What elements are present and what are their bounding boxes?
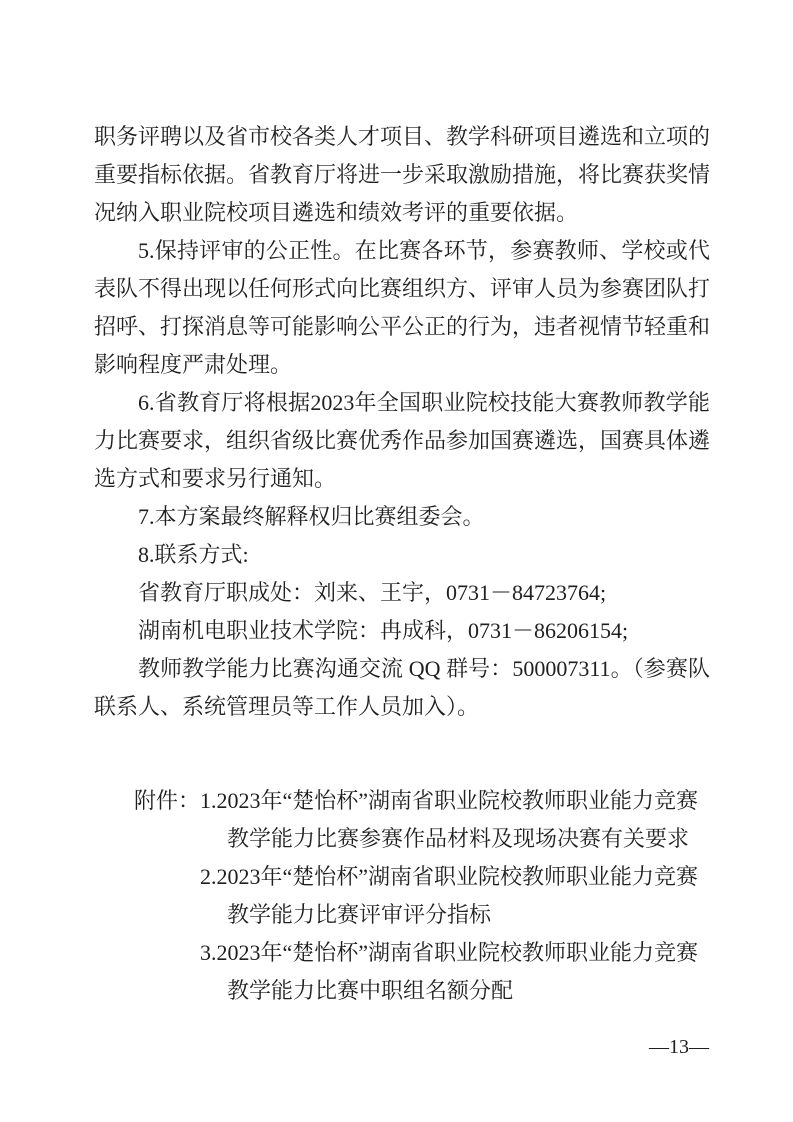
- attachment-items: 1.2023年“楚怡杯”湖南省职业院校教师职业能力竞赛 教学能力比赛参赛作品材料…: [200, 782, 710, 1010]
- attachment-item-3-line-2: 教学能力比赛中职组名额分配: [200, 972, 710, 1010]
- body-paragraph-continuation: 职务评聘以及省市校各类人才项目、教学科研项目遴选和立项的重要指标依据。省教育厅将…: [94, 118, 710, 232]
- attachment-item-1: 1.2023年“楚怡杯”湖南省职业院校教师职业能力竞赛 教学能力比赛参赛作品材料…: [200, 782, 710, 858]
- attachment-label: 附件：: [134, 782, 200, 820]
- body-paragraph-item7: 7.本方案最终解释权归比赛组委会。: [94, 498, 710, 536]
- body-paragraph-item5: 5.保持评审的公正性。在比赛各环节，参赛教师、学校或代表队不得出现以任何形式向比…: [94, 232, 710, 384]
- attachment-item-1-line-2: 教学能力比赛参赛作品材料及现场决赛有关要求: [200, 820, 710, 858]
- contact-line-qq-group: 教师教学能力比赛沟通交流 QQ 群号：500007311。（参赛队联系人、系统管…: [94, 650, 710, 726]
- attachment-item-2-line-1: 2.2023年“楚怡杯”湖南省职业院校教师职业能力竞赛: [200, 858, 710, 896]
- attachment-item-2-line-2: 教学能力比赛评审评分指标: [200, 896, 710, 934]
- attachment-item-3-line-1: 3.2023年“楚怡杯”湖南省职业院校教师职业能力竞赛: [200, 934, 710, 972]
- body-paragraph-item8: 8.联系方式:: [94, 536, 710, 574]
- contact-line-education-dept: 省教育厅职成处：刘来、王宇，0731－84723764;: [94, 574, 710, 612]
- contact-line-college: 湖南机电职业技术学院：冉成科，0731－86206154;: [94, 612, 710, 650]
- document-body: 职务评聘以及省市校各类人才项目、教学科研项目遴选和立项的重要指标依据。省教育厅将…: [94, 118, 710, 1010]
- body-paragraph-item6: 6.省教育厅将根据2023年全国职业院校技能大赛教师教学能力比赛要求，组织省级比…: [94, 384, 710, 498]
- attachment-list: 附件： 1.2023年“楚怡杯”湖南省职业院校教师职业能力竞赛 教学能力比赛参赛…: [134, 782, 710, 1010]
- document-page: 职务评聘以及省市校各类人才项目、教学科研项目遴选和立项的重要指标依据。省教育厅将…: [0, 0, 793, 1122]
- attachment-item-2: 2.2023年“楚怡杯”湖南省职业院校教师职业能力竞赛 教学能力比赛评审评分指标: [200, 858, 710, 934]
- page-number: —13—: [649, 1036, 709, 1058]
- attachment-item-1-line-1: 1.2023年“楚怡杯”湖南省职业院校教师职业能力竞赛: [200, 782, 710, 820]
- attachment-item-3: 3.2023年“楚怡杯”湖南省职业院校教师职业能力竞赛 教学能力比赛中职组名额分…: [200, 934, 710, 1010]
